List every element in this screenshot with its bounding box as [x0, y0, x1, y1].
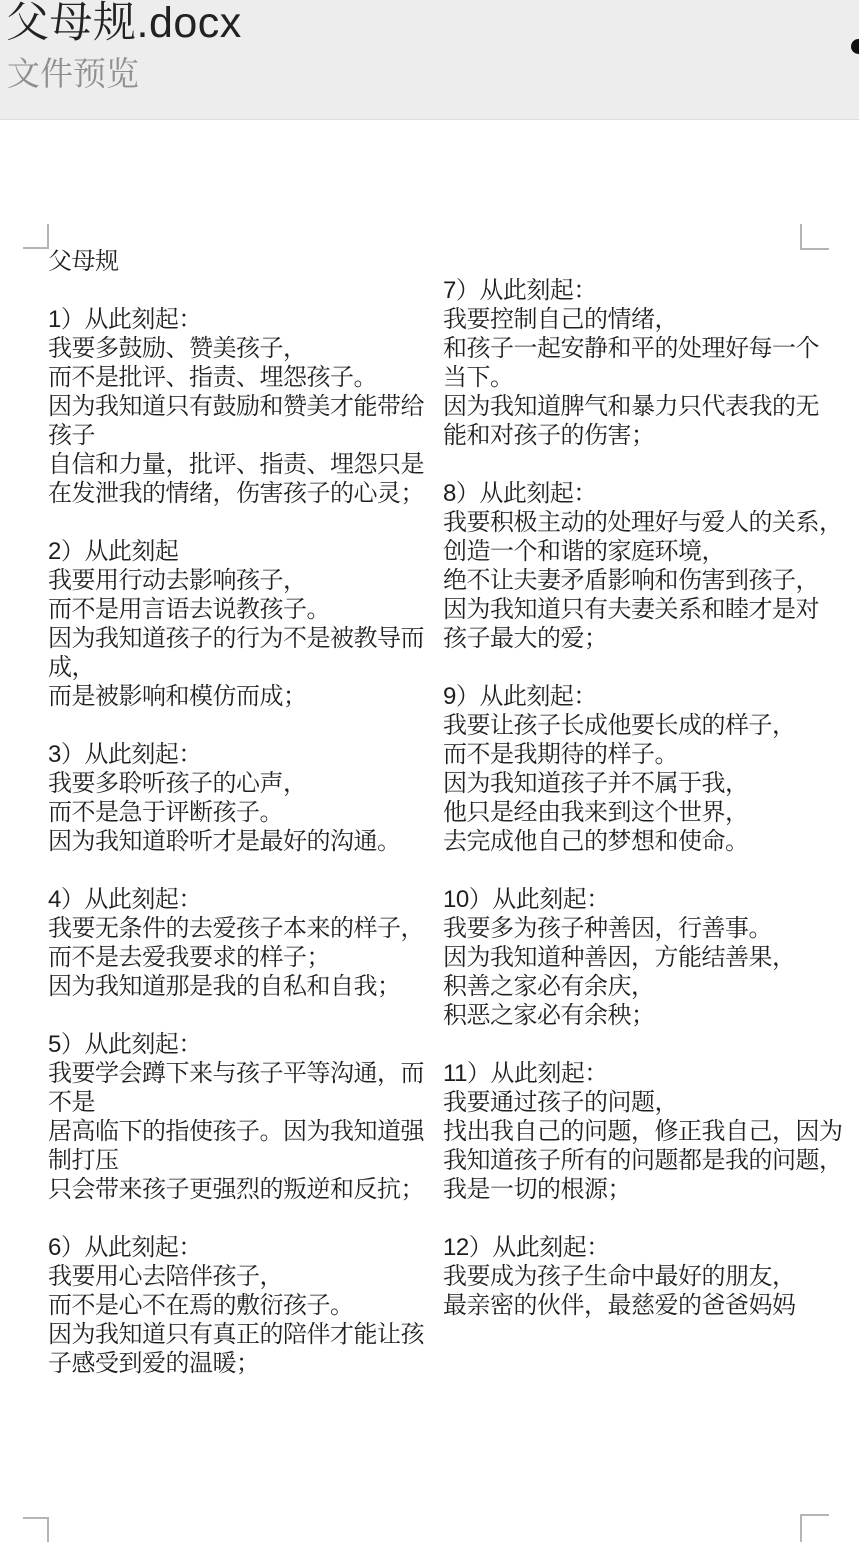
file-preview-screen: 父母规.docx 文件预览 父母规 1）从此刻起：我要多鼓励、赞美孩子，而不是批…	[0, 0, 859, 1558]
doc-line	[48, 508, 424, 537]
doc-line: 因为我知道那是我的自私和自我；	[48, 972, 424, 1001]
doc-line: 不是	[48, 1088, 424, 1117]
doc-line	[48, 711, 424, 740]
doc-line: 能和对孩子的伤害；	[443, 421, 843, 450]
doc-line	[48, 856, 424, 885]
doc-line	[443, 247, 843, 276]
doc-line: 他只是经由我来到这个世界，	[443, 798, 843, 827]
doc-line: 孩子最大的爱；	[443, 624, 843, 653]
doc-line: 当下。	[443, 363, 843, 392]
doc-line: 创造一个和谐的家庭环境，	[443, 537, 843, 566]
doc-line: 因为我知道孩子的行为不是被教导而	[48, 624, 424, 653]
doc-line: 我要多为孩子种善因，行善事。	[443, 914, 843, 943]
doc-line: 只会带来孩子更强烈的叛逆和反抗；	[48, 1175, 424, 1204]
doc-line: 子感受到爱的温暖；	[48, 1349, 424, 1378]
file-preview-label: 文件预览	[7, 52, 139, 96]
doc-line: 积恶之家必有余秧；	[443, 1001, 843, 1030]
doc-line	[48, 276, 424, 305]
doc-line: 2）从此刻起	[48, 537, 424, 566]
doc-line: 我要积极主动的处理好与爱人的关系，	[443, 508, 843, 537]
doc-line: 我要通过孩子的问题，	[443, 1088, 843, 1117]
doc-line	[443, 450, 843, 479]
doc-line: 10）从此刻起：	[443, 885, 843, 914]
doc-line: 8）从此刻起：	[443, 479, 843, 508]
document-preview[interactable]: 父母规 1）从此刻起：我要多鼓励、赞美孩子，而不是批评、指责、埋怨孩子。因为我知…	[0, 120, 859, 1558]
doc-line: 父母规	[48, 247, 424, 276]
doc-line: 我是一切的根源；	[443, 1175, 843, 1204]
doc-line: 找出我自己的问题，修正我自己，因为	[443, 1117, 843, 1146]
doc-line: 去完成他自己的梦想和使命。	[443, 827, 843, 856]
doc-column-left: 父母规 1）从此刻起：我要多鼓励、赞美孩子，而不是批评、指责、埋怨孩子。因为我知…	[48, 247, 424, 1378]
doc-line	[443, 653, 843, 682]
doc-line: 9）从此刻起：	[443, 682, 843, 711]
doc-line	[443, 856, 843, 885]
doc-line	[48, 1204, 424, 1233]
doc-line: 我要多鼓励、赞美孩子，	[48, 334, 424, 363]
doc-line: 因为我知道孩子并不属于我，	[443, 769, 843, 798]
doc-line: 制打压	[48, 1146, 424, 1175]
doc-line: 因为我知道种善因，方能结善果，	[443, 943, 843, 972]
doc-line: 而不是去爱我要求的样子；	[48, 943, 424, 972]
doc-line: 1）从此刻起：	[48, 305, 424, 334]
doc-line: 和孩子一起安静和平的处理好每一个	[443, 334, 843, 363]
doc-line	[443, 1030, 843, 1059]
doc-line: 居高临下的指使孩子。因为我知道强	[48, 1117, 424, 1146]
doc-line: 因为我知道只有鼓励和赞美才能带给	[48, 392, 424, 421]
doc-line: 而不是我期待的样子。	[443, 740, 843, 769]
doc-line: 而不是批评、指责、埋怨孩子。	[48, 363, 424, 392]
doc-line: 我要让孩子长成他要长成的样子，	[443, 711, 843, 740]
doc-line: 4）从此刻起：	[48, 885, 424, 914]
doc-column-right: 7）从此刻起：我要控制自己的情绪，和孩子一起安静和平的处理好每一个当下。因为我知…	[443, 247, 843, 1320]
doc-line: 我要成为孩子生命中最好的朋友，	[443, 1262, 843, 1291]
doc-line: 而不是用言语去说教孩子。	[48, 595, 424, 624]
doc-line: 积善之家必有余庆，	[443, 972, 843, 1001]
doc-line: 我要用心去陪伴孩子，	[48, 1262, 424, 1291]
doc-line: 6）从此刻起：	[48, 1233, 424, 1262]
doc-line: 我要多聆听孩子的心声，	[48, 769, 424, 798]
doc-line: 而不是急于评断孩子。	[48, 798, 424, 827]
doc-line: 我要学会蹲下来与孩子平等沟通，而	[48, 1059, 424, 1088]
doc-line: 最亲密的伙伴，最慈爱的爸爸妈妈	[443, 1291, 843, 1320]
doc-line: 而不是心不在焉的敷衍孩子。	[48, 1291, 424, 1320]
doc-line: 孩子	[48, 421, 424, 450]
doc-line: 成，	[48, 653, 424, 682]
doc-line: 在发泄我的情绪，伤害孩子的心灵；	[48, 479, 424, 508]
page-corner-mark-bottom-right	[800, 1514, 829, 1542]
doc-line: 5）从此刻起：	[48, 1030, 424, 1059]
page-corner-mark-top-left	[23, 224, 49, 249]
more-menu-icon[interactable]	[851, 39, 859, 54]
doc-line: 因为我知道脾气和暴力只代表我的无	[443, 392, 843, 421]
doc-line: 自信和力量，批评、指责、埋怨只是	[48, 450, 424, 479]
doc-line: 而是被影响和模仿而成；	[48, 682, 424, 711]
doc-line: 我知道孩子所有的问题都是我的问题，	[443, 1146, 843, 1175]
doc-line: 绝不让夫妻矛盾影响和伤害到孩子，	[443, 566, 843, 595]
doc-line: 我要用行动去影响孩子，	[48, 566, 424, 595]
doc-line	[48, 1001, 424, 1030]
file-title: 父母规.docx	[6, 0, 242, 50]
doc-line	[443, 1204, 843, 1233]
doc-line: 因为我知道只有真正的陪伴才能让孩	[48, 1320, 424, 1349]
page-corner-mark-bottom-left	[23, 1517, 49, 1542]
doc-line: 3）从此刻起：	[48, 740, 424, 769]
doc-line: 因为我知道只有夫妻关系和睦才是对	[443, 595, 843, 624]
doc-line: 11）从此刻起：	[443, 1059, 843, 1088]
doc-line: 因为我知道聆听才是最好的沟通。	[48, 827, 424, 856]
doc-line: 12）从此刻起：	[443, 1233, 843, 1262]
doc-line: 我要控制自己的情绪，	[443, 305, 843, 334]
file-preview-header: 父母规.docx 文件预览	[0, 0, 859, 120]
doc-line: 我要无条件的去爱孩子本来的样子，	[48, 914, 424, 943]
doc-line: 7）从此刻起：	[443, 276, 843, 305]
